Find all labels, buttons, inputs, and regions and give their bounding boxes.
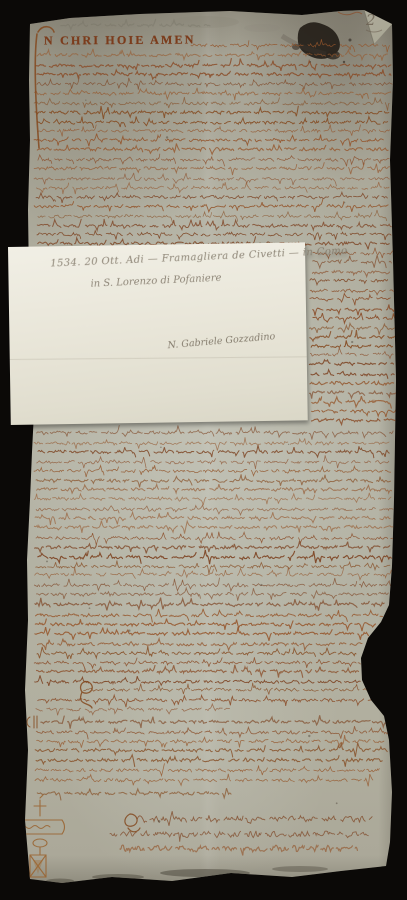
script-line [34,97,389,111]
speck [160,447,162,449]
script-line [35,675,361,686]
script-line [35,598,384,611]
script-line [310,391,396,399]
script-line [35,764,379,776]
script-line [41,715,386,728]
flourish-initial [27,716,37,728]
script-line [37,144,388,155]
script-line [312,410,396,417]
script-line [34,163,390,176]
script-line [313,313,396,323]
script-line [36,192,387,203]
script-line [34,134,383,147]
script-line [310,381,394,385]
script-line [35,774,373,787]
archival-label: 1534. 20 Ott. Adi — Framagliera de Civet… [8,242,308,425]
speck [166,136,168,138]
photo-background: N CHRI HOIE AMEN 2 1534. 20 Ott. Adi — F… [0,0,407,900]
script-line [34,657,360,669]
speck [244,141,246,143]
script-line [34,521,393,534]
script-line [36,704,230,715]
script-line [37,77,392,90]
script-line [310,324,395,335]
script-line [313,305,396,316]
script-line [37,219,391,231]
script-line [312,419,396,425]
script-line [310,289,395,295]
label-line-2: in S. Lorenzo di Pofaniere [90,273,221,290]
script-line [38,445,389,458]
script-line [309,360,393,365]
script-line [61,19,210,29]
speck [336,802,338,804]
script-line [310,348,393,359]
speck [85,100,86,101]
script-line [35,512,390,525]
script-line [36,726,392,739]
script-line [37,788,231,800]
script-line [310,279,388,285]
script-line [37,646,356,659]
parchment-sheet: N CHRI HOIE AMEN 2 [0,0,407,900]
manuscript-script-lines [0,0,407,900]
flourish-initial [125,814,140,832]
speck [351,341,353,343]
script-line [36,755,382,767]
script-line [36,505,393,515]
script-line [310,330,397,341]
script-line [37,69,391,79]
script-line [36,59,391,71]
script-line [37,484,392,494]
script-line [35,106,389,119]
script-line [38,154,389,166]
script-line [120,845,357,855]
script-line [137,811,372,826]
speck [89,607,91,609]
script-line [37,735,384,748]
script-line [37,426,393,440]
script-line [34,199,388,212]
script-line [34,493,391,505]
speck [302,604,303,605]
script-line [37,49,387,61]
invocation-heading: N CHRI HOIE AMEN [44,32,196,48]
script-line [37,665,359,678]
label-line-1: 1534. 20 Ott. Adi — Framagliera de Civet… [50,246,348,270]
speck [288,444,289,445]
script-line [34,578,391,591]
script-line [35,619,375,632]
label-notary-signature: N. Gabriele Gozzadino [167,331,275,351]
flourish-initial [81,682,93,708]
speck [46,560,48,562]
speck [260,584,262,586]
script-line [34,173,390,186]
script-line [313,271,390,277]
script-line [37,117,387,128]
script-line [36,609,383,622]
page-number: 2 [366,11,376,29]
speck [344,202,346,204]
label-seam [10,356,307,360]
script-line [38,210,387,223]
speck [158,820,161,823]
script-line [84,683,386,695]
script-line [35,88,391,100]
script-line [38,550,392,564]
script-line [110,831,368,842]
script-line [37,231,391,240]
script-line [35,627,369,641]
script-line [191,39,390,52]
script-line [38,639,363,651]
script-line [34,437,389,450]
speck [308,735,310,737]
script-line [36,474,390,487]
script-line [311,370,394,379]
speck [128,630,130,632]
script-line [38,125,390,137]
script-line [310,294,390,306]
script-line [35,567,394,580]
script-line [37,588,395,601]
script-line [35,743,387,757]
script-line [37,455,389,469]
